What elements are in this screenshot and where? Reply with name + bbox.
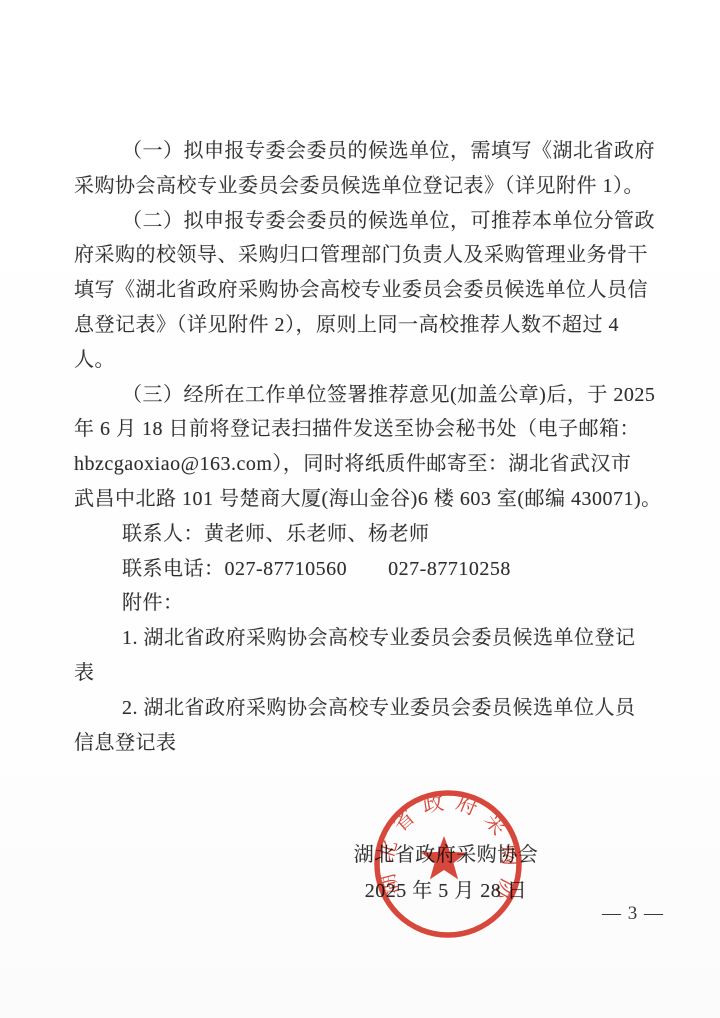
document-line-contact-phone: 联系电话：027-87710560 027-87710258 (74, 552, 674, 587)
document-line-para-1: 采购协会高校专业委员会委员候选单位登记表》（详见附件 1）。 (74, 169, 674, 204)
document-line-attachment-1: 表 (74, 656, 674, 691)
official-seal-stamp: 湖北省政府采购协会 (366, 782, 530, 946)
document-line-para-2: （二）拟申报专委会委员的候选单位，可推荐本单位分管政 (74, 204, 674, 239)
star-icon (421, 836, 467, 879)
document-line-attachment-2: 2. 湖北省政府采购协会高校专业委员会委员候选单位人员 (74, 691, 674, 726)
document-line-para-2: 息登记表》（详见附件 2），原则上同一高校推荐人数不超过 4 (74, 308, 674, 343)
page-number: — 3 — (602, 903, 664, 925)
document-line-para-3: 武昌中北路 101 号楚商大厦(海山金谷)6 楼 603 室(邮编 430071… (74, 482, 674, 517)
document-line-para-2: 填写《湖北省政府采购协会高校专业委员会委员候选单位人员信 (74, 273, 674, 308)
document-line-para-2: 府采购的校领导、采购归口管理部门负责人及采购管理业务骨干 (74, 238, 674, 273)
document-line-para-3: hbzcgaoxiao@163.com），同时将纸质件邮寄至：湖北省武汉市 (74, 447, 674, 482)
document-body: （一）拟申报专委会委员的候选单位，需填写《湖北省政府采购协会高校专业委员会委员候… (74, 134, 674, 760)
document-line-para-2: 人。 (74, 343, 674, 378)
document-line-contact-person: 联系人：黄老师、乐老师、杨老师 (74, 517, 674, 552)
document-line-attachments-label: 附件： (74, 586, 674, 621)
document-line-attachment-1: 1. 湖北省政府采购协会高校专业委员会委员候选单位登记 (74, 621, 674, 656)
document-line-attachment-2: 信息登记表 (74, 726, 674, 761)
document-line-para-3: （三）经所在工作单位签署推荐意见(加盖公章)后，于 2025 (74, 378, 674, 413)
document-line-para-3: 年 6 月 18 日前将登记表扫描件发送至协会秘书处（电子邮箱： (74, 412, 674, 447)
document-page: （一）拟申报专委会委员的候选单位，需填写《湖北省政府采购协会高校专业委员会委员候… (0, 0, 720, 1018)
document-line-para-1: （一）拟申报专委会委员的候选单位，需填写《湖北省政府 (74, 134, 674, 169)
